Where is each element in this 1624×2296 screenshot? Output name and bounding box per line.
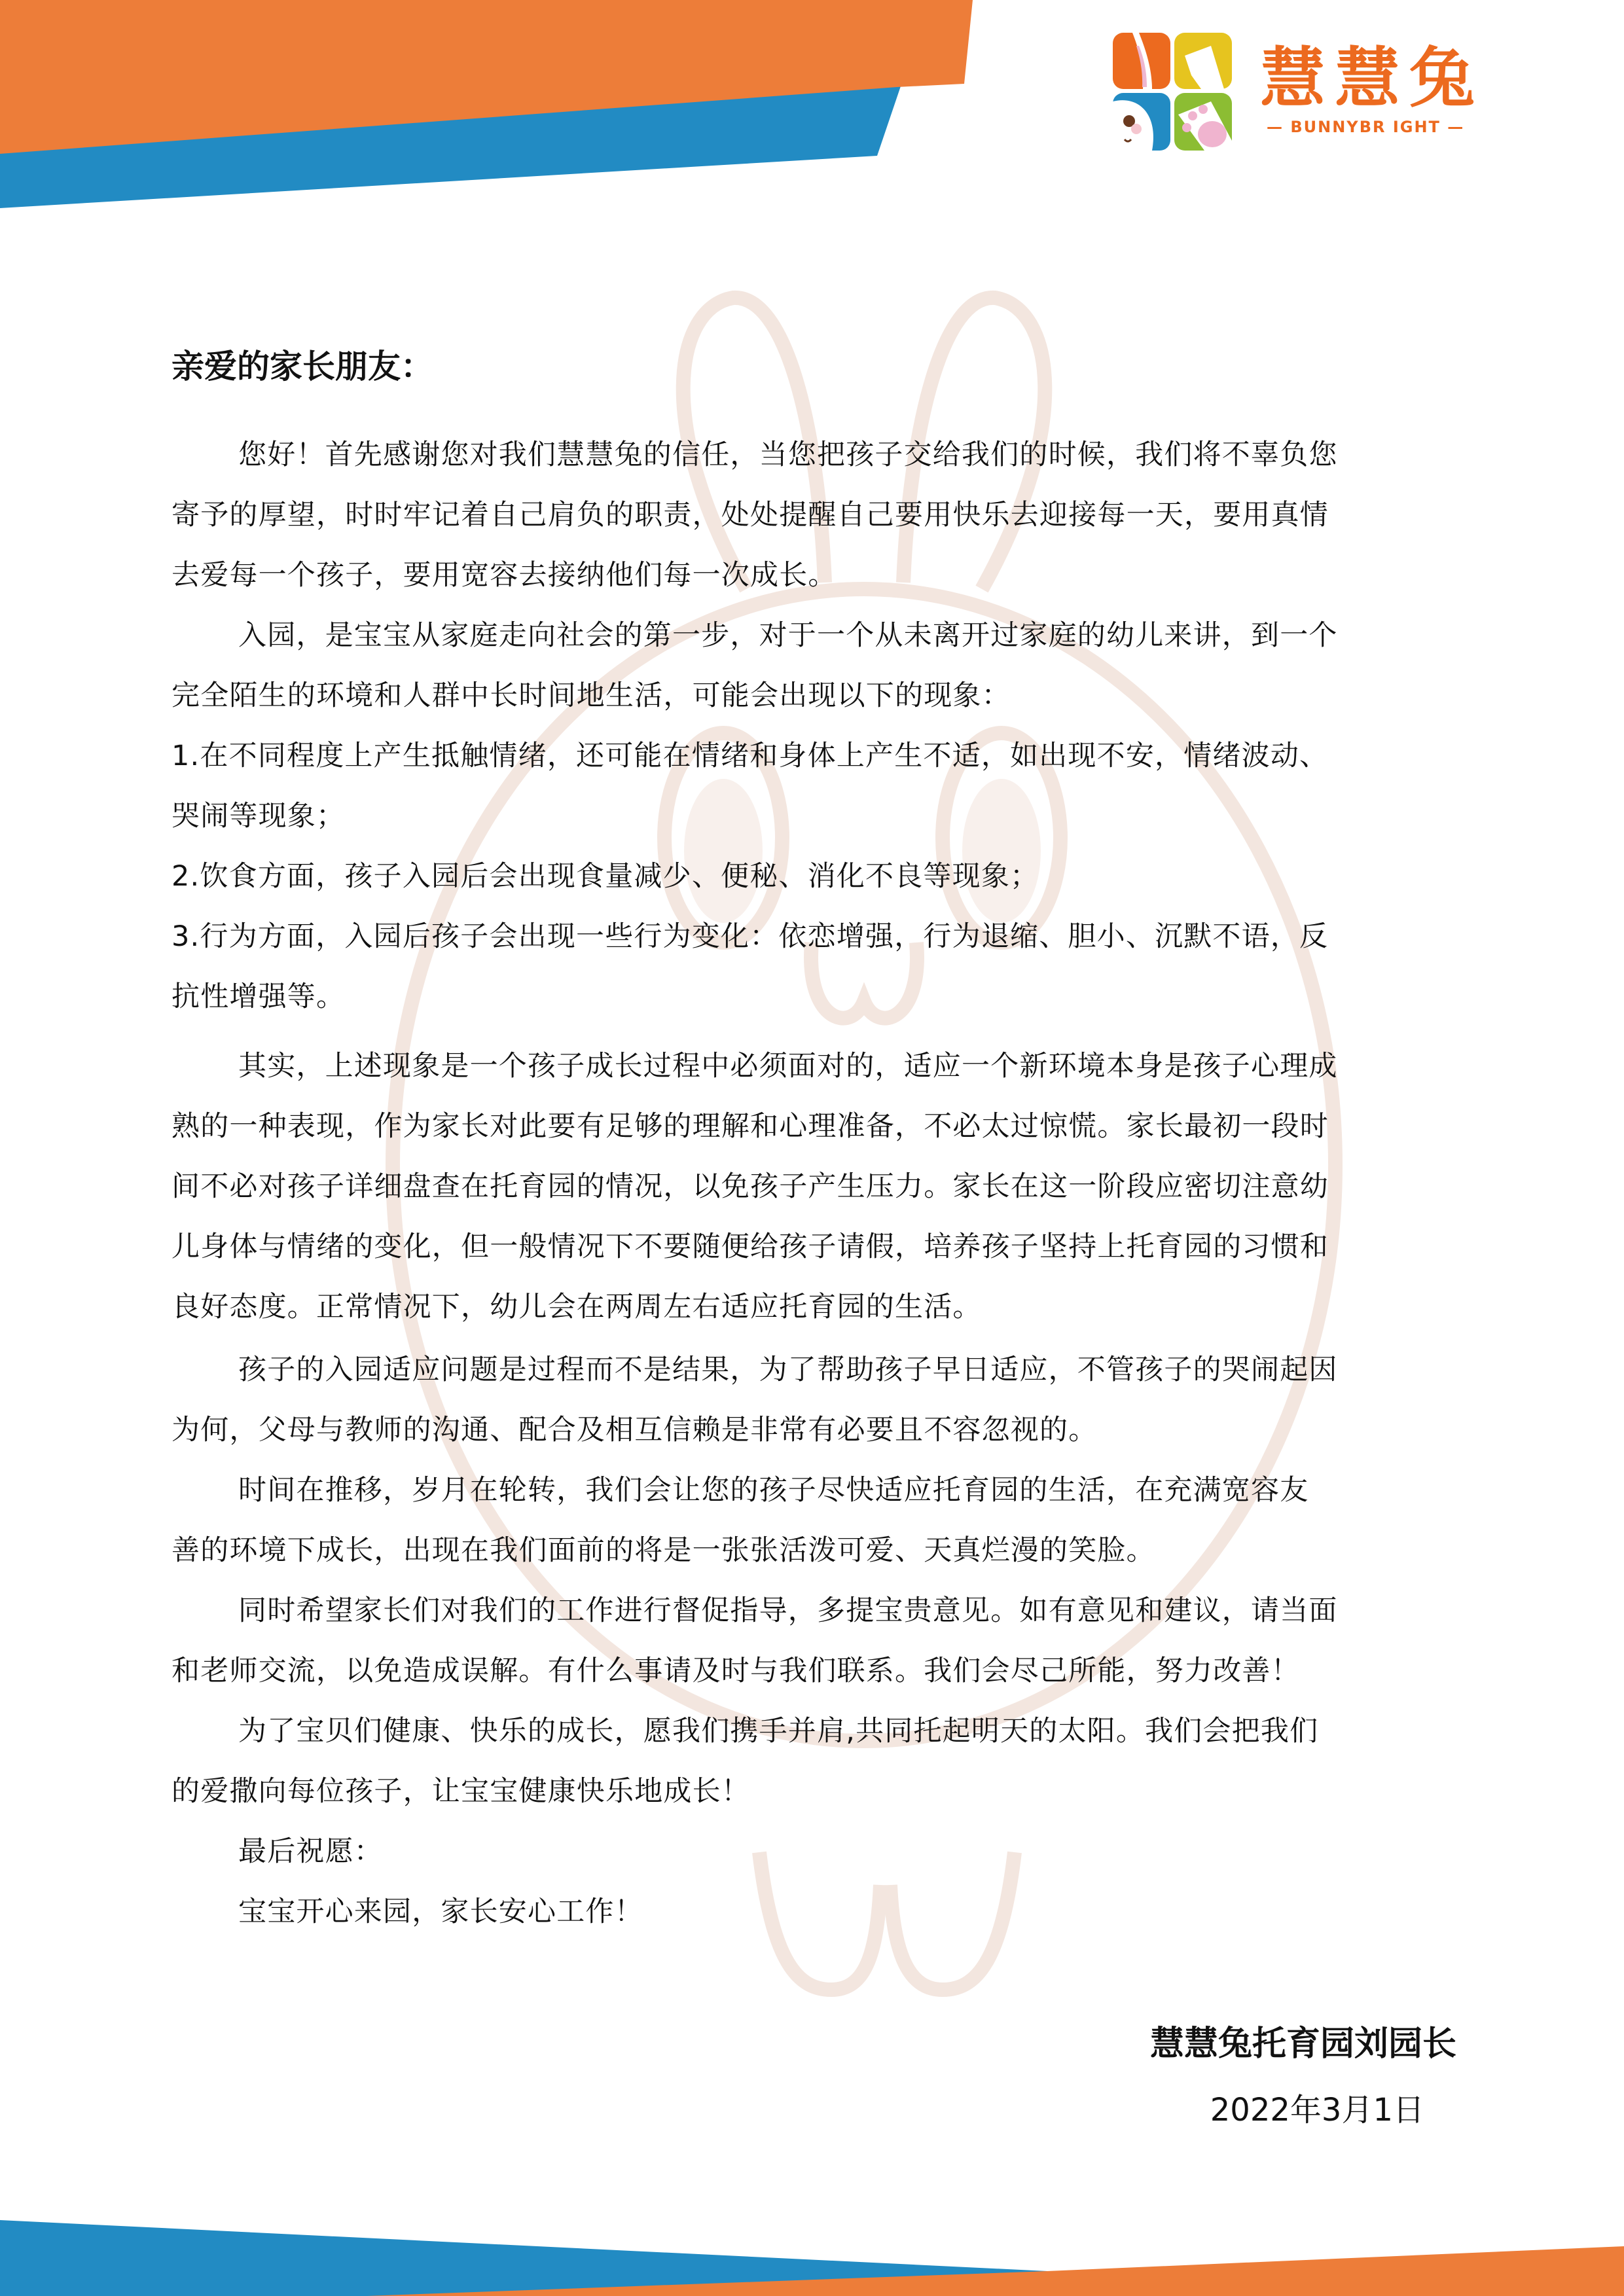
letter-line: 良好态度。正常情况下，幼儿会在两周左右适应托育园的生活。 [171,1287,982,1327]
letter-line: 去爱每一个孩子，要用宽容去接纳他们每一次成长。 [171,556,837,595]
letter-line: 寄予的厚望，时时牢记着自己肩负的职责，处处提醒自己要用快乐去迎接每一天，要用真情 [171,495,1329,535]
letter-line: 1.在不同程度上产生抵触情绪，还可能在情绪和身体上产生不适，如出现不安，情绪波动… [171,736,1328,776]
bunny-logo-icon [1113,29,1237,154]
letter-signature: 慧慧兔托育园刘园长 [1150,2016,1456,2065]
letter-line: 2.饮食方面，孩子入园后会出现食量减少、便秘、消化不良等现象； [171,857,1039,896]
letter-line: 为何，父母与教师的沟通、配合及相互信赖是非常有必要且不容忽视的。 [171,1410,1097,1450]
letter-line: 儿身体与情绪的变化，但一般情况下不要随便给孩子请假，培养孩子坚持上托育园的习惯和 [171,1227,1329,1266]
letter-line: 为了宝贝们健康、快乐的成长，愿我们携手并肩,共同托起明天的太阳。我们会把我们 [238,1712,1318,1751]
letter-greeting: 亲爱的家长朋友： [171,340,433,387]
letter-line: 您好！首先感谢您对我们慧慧兔的信任，当您把孩子交给我们的时候，我们将不辜负您 [238,435,1338,475]
letter-line: 3.行为方面，入园后孩子会出现一些行为变化：依恋增强，行为退缩、胆小、沉默不语，… [171,917,1328,956]
letter-line: 同时希望家长们对我们的工作进行督促指导，多提宝贵意见。如有意见和建议，请当面 [238,1591,1338,1630]
letter-line: 熟的一种表现，作为家长对此要有足够的理解和心理准备，不必太过惊慌。家长最初一段时 [171,1107,1329,1146]
letter-line: 哭闹等现象； [171,797,345,836]
letter-line: 孩子的入园适应问题是过程而不是结果，为了帮助孩子早日适应，不管孩子的哭闹起因 [238,1350,1338,1390]
letter-line: 抗性增强等。 [171,977,345,1016]
letter-line: 和老师交流，以免造成误解。有什么事请及时与我们联系。我们会尽己所能，努力改善！ [171,1651,1300,1691]
letter-date: 2022年3月1日 [1210,2085,1424,2130]
letter-line: 时间在推移，岁月在轮转，我们会让您的孩子尽快适应托育园的生活，在充满宽容友 [238,1471,1308,1510]
footer-decoration [0,2212,1624,2296]
brand-subtitle: — BUNNYBR IGHT — [1267,118,1464,136]
letter-line: 完全陌生的环境和人群中长时间地生活，可能会出现以下的现象： [171,676,1011,715]
letter-line: 宝宝开心来园，家长安心工作！ [238,1892,643,1931]
letter-line: 其实，上述现象是一个孩子成长过程中必须面对的，适应一个新环境本身是孩子心理成 [238,1047,1338,1086]
letter-line: 入园，是宝宝从家庭走向社会的第一步，对于一个从未离开过家庭的幼儿来讲，到一个 [238,616,1338,655]
brand-name: 慧慧兔 [1260,43,1484,115]
letter-line: 最后祝愿： [238,1832,383,1871]
letter-line: 间不必对孩子详细盘查在托育园的情况，以免孩子产生压力。家长在这一阶段应密切注意幼 [171,1167,1329,1206]
brand-logo: 慧慧兔 — BUNNYBR IGHT — [1113,29,1479,160]
letter-line: 的爱撒向每位孩子，让宝宝健康快乐地成长！ [171,1772,750,1811]
letter-line: 善的环境下成长，出现在我们面前的将是一张张活泼可爱、天真烂漫的笑脸。 [171,1531,1155,1570]
